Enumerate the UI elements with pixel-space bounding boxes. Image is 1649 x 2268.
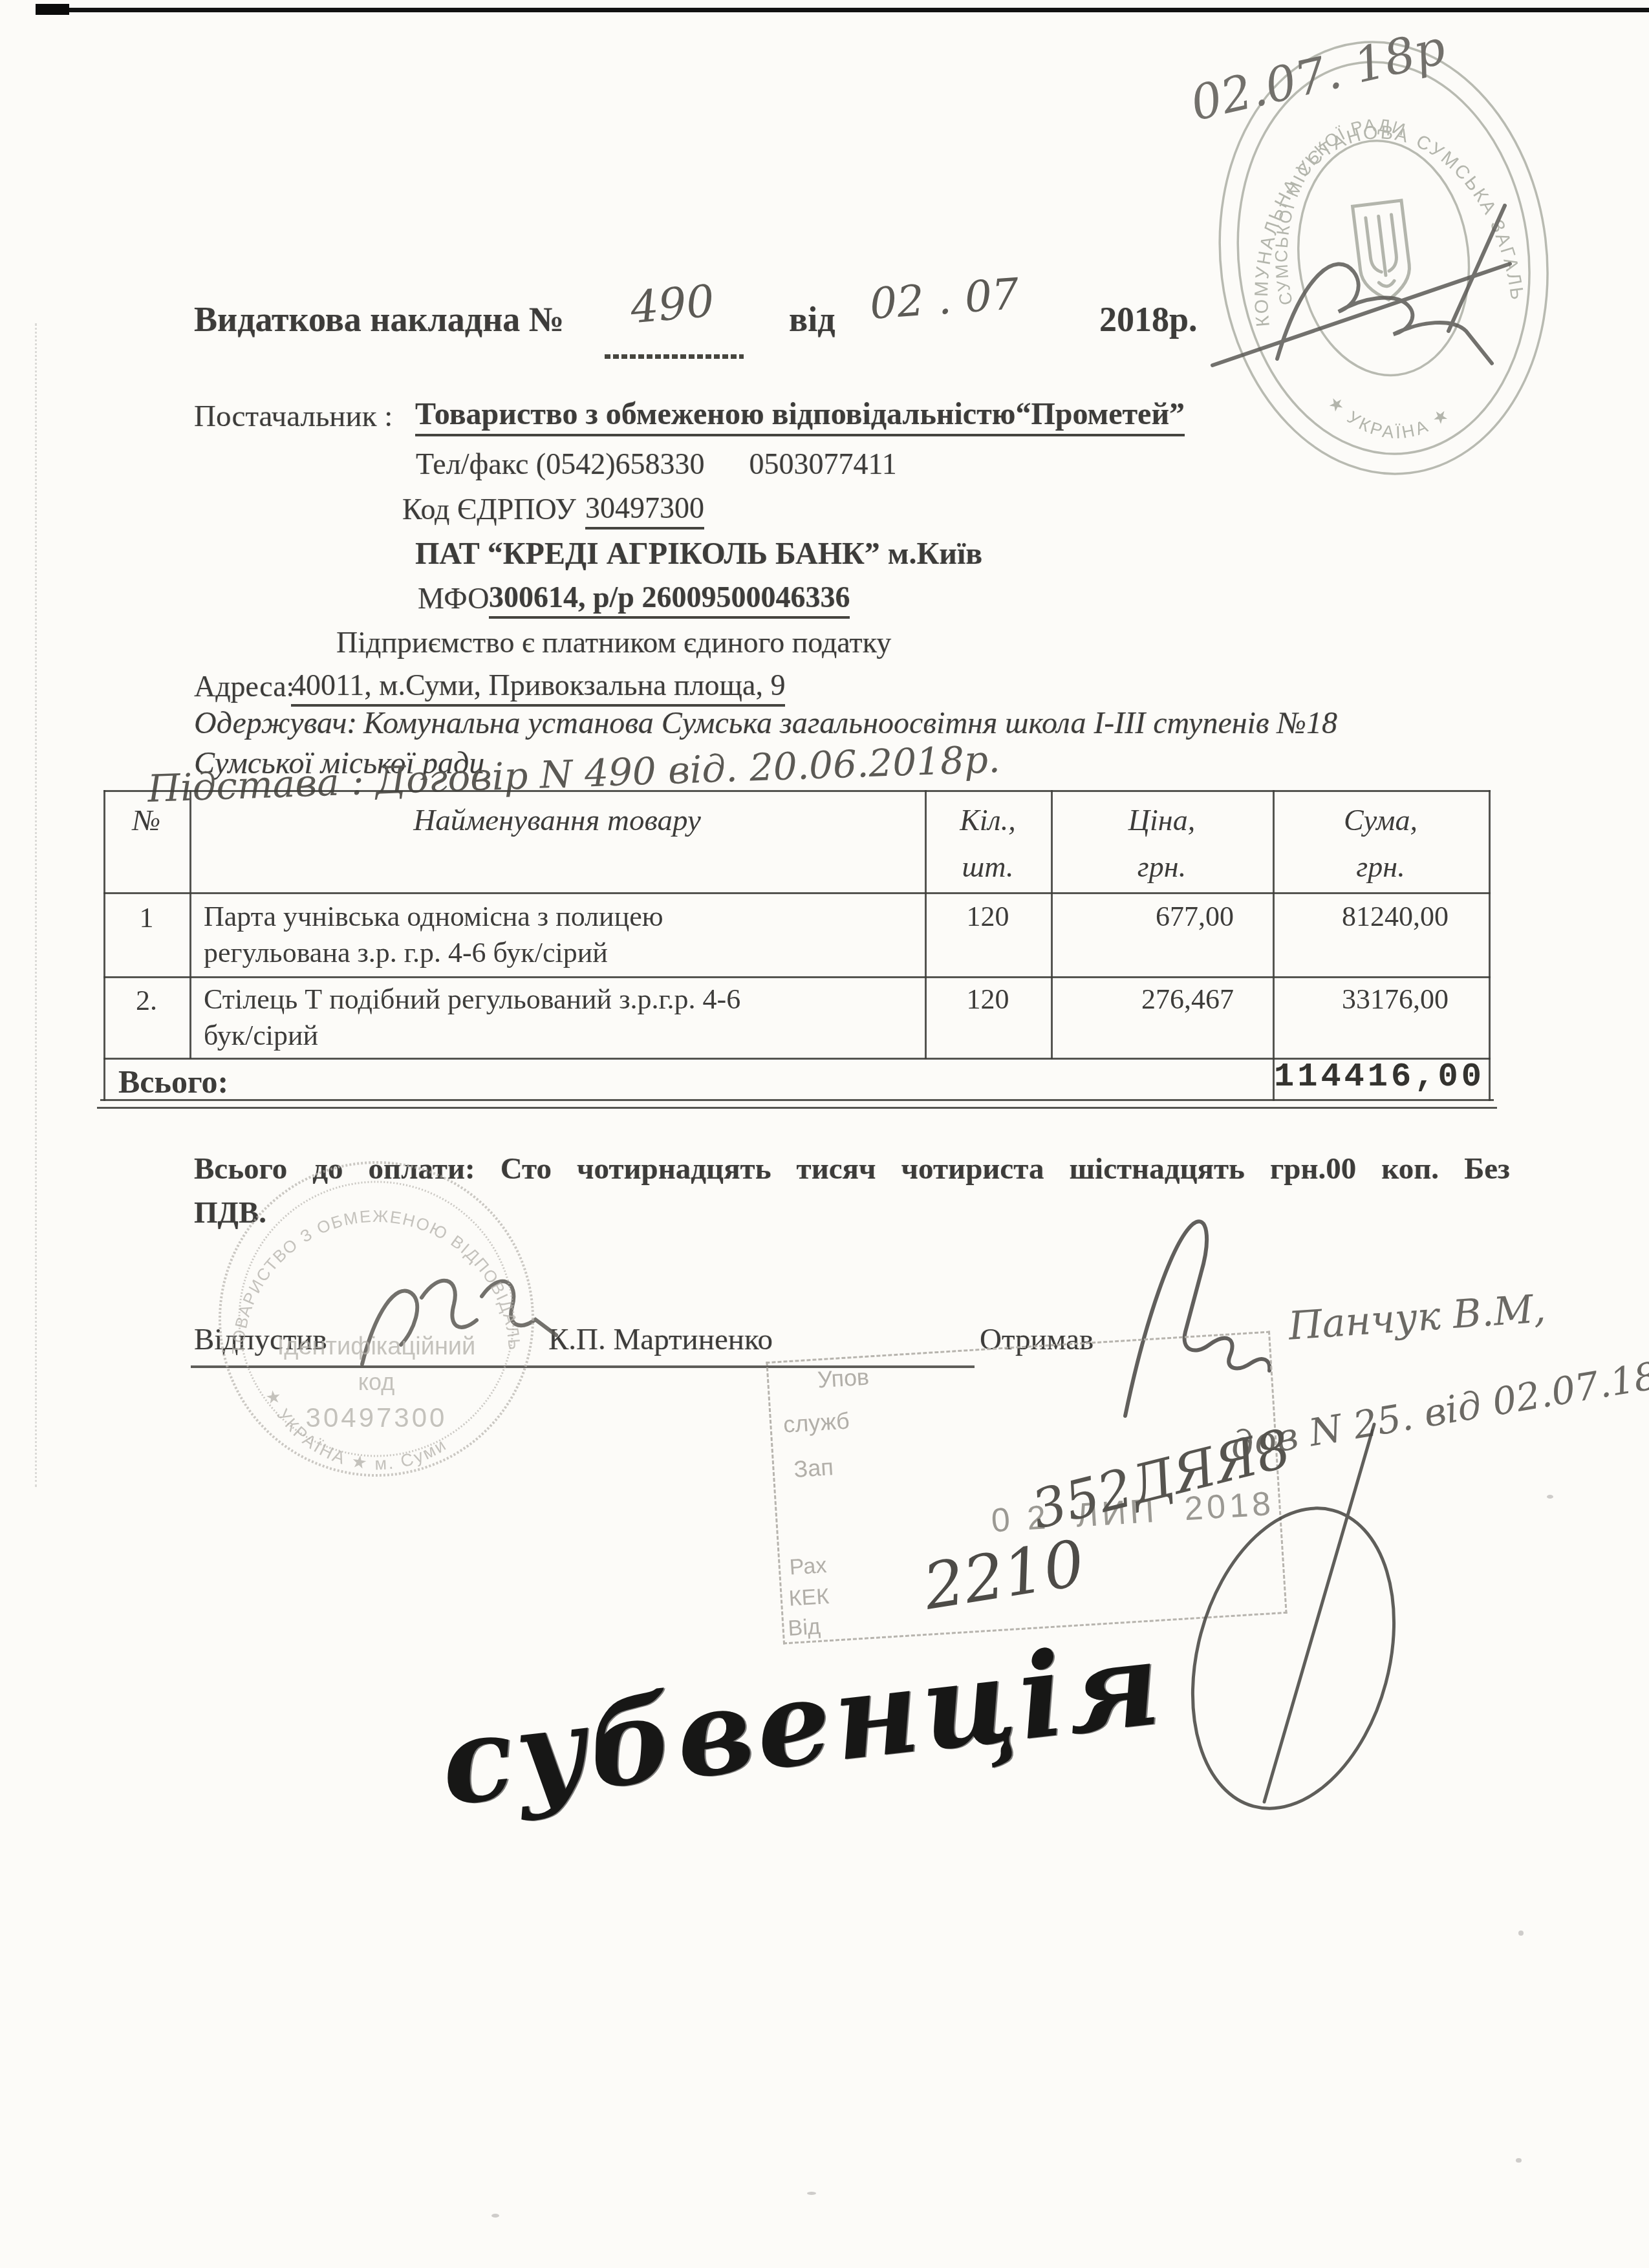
row2-sum: 33176,00	[1273, 984, 1449, 1015]
col-header-sum-2: грн.	[1273, 851, 1489, 883]
supplier-phone: Тел/факс (0542)658330 0503077411	[416, 449, 897, 480]
table-bottom-border2	[97, 1107, 1497, 1109]
row2-qty: 120	[925, 984, 1051, 1015]
registry-stamp-line6: Від	[788, 1616, 821, 1640]
registry-stamp-line2: служб	[782, 1409, 850, 1437]
scan-speck	[491, 2214, 499, 2218]
registry-stamp-line5: КЕК	[788, 1585, 830, 1610]
stamp-signature-icon	[1200, 194, 1562, 446]
receiver-line1: Комунальна установа Сумська загальноосві…	[363, 707, 1337, 740]
scan-speck	[807, 2192, 816, 2195]
col-header-name: Найменування товару	[189, 804, 925, 837]
receiver-label: Одержувач:	[194, 707, 357, 740]
col-header-price-2: грн.	[1051, 851, 1273, 883]
table-header-border	[103, 892, 1491, 894]
supplier-stamp-line1: Ідентифікаційний	[277, 1333, 476, 1360]
supplier-stamp-line2: код	[358, 1369, 394, 1395]
supplier-address-label: Адреса:	[194, 671, 302, 702]
doc-number-handwritten: 490	[629, 279, 716, 330]
table-top-border	[103, 790, 1491, 792]
supplier-round-stamp: ТОВАРИСТВО З ОБМЕЖЕНОЮ ВІДПОВІДАЛЬНІСТЮ …	[210, 1161, 540, 1484]
row1-qty: 120	[925, 901, 1051, 932]
registry-stamp-line4: Рах	[789, 1554, 827, 1578]
row1-price: 677,00	[1051, 901, 1234, 932]
row2-price: 276,467	[1051, 984, 1234, 1015]
circled-mark-icon	[1161, 1406, 1432, 1813]
supplier-mfo-label: МФО	[418, 583, 497, 614]
row2-num: 2.	[103, 985, 189, 1016]
supplier-mfo-value: 300614, р/р 26009500046336	[489, 582, 850, 619]
row2-name-line2: бук/сірий	[204, 1020, 318, 1051]
registry-stamp-line3: Зап	[793, 1455, 834, 1481]
total-value: 114416,00	[1274, 1059, 1474, 1095]
table-col-sum-border	[1273, 790, 1275, 1101]
doc-title: Видаткова накладна №	[194, 301, 564, 338]
scan-noise-column	[35, 323, 37, 1487]
row1-num: 1	[103, 903, 189, 934]
row1-name-line1: Парта учнівська одномісна з полицею	[204, 901, 663, 932]
supplier-address-value: 40011, м.Суми, Привокзальна площа, 9	[291, 670, 785, 707]
row2-name-line1: Стілець Т подібний регульований з.р.г.р.…	[204, 984, 740, 1015]
supplier-edrpou-value: 30497300	[585, 493, 704, 530]
col-header-num: №	[103, 804, 189, 837]
supplier-edrpou-label: Код ЄДРПОУ	[402, 494, 583, 525]
col-header-price-1: Ціна,	[1051, 804, 1273, 837]
scan-speck	[1547, 1495, 1553, 1499]
registry-stamp-line1: Упов	[817, 1365, 870, 1392]
table-left-border	[103, 790, 105, 1101]
total-label: Всього:	[118, 1064, 228, 1099]
svg-text:ТОВАРИСТВО З ОБМЕЖЕНОЮ ВІДПОВІ: ТОВАРИСТВО З ОБМЕЖЕНОЮ ВІДПОВІДАЛЬНІСТЮ	[201, 1145, 524, 1354]
doc-number-underline	[605, 354, 744, 359]
doc-title-from: від	[789, 301, 835, 338]
row1-sum: 81240,00	[1273, 901, 1449, 932]
table-bottom-border	[100, 1099, 1494, 1101]
table-right-border	[1489, 790, 1491, 1101]
big-note-handwritten: субвенція	[435, 1625, 1169, 1823]
col-header-sum-1: Сума,	[1273, 804, 1489, 837]
col-header-qty-2: шт.	[925, 851, 1051, 883]
supplier-stamp-outer-text: ТОВАРИСТВО З ОБМЕЖЕНОЮ ВІДПОВІДАЛЬНІСТЮ	[201, 1145, 524, 1354]
scan-edge-line	[36, 8, 1649, 12]
supplier-tax-note: Підприємство є платником єдиного податку	[336, 627, 891, 658]
supplier-name: Товариство з обмеженою відповідальністю“…	[415, 398, 1185, 436]
row1-name-line2: регульована з.р. г.р. 4-6 бук/сірий	[204, 937, 608, 968]
scan-speck	[1518, 1931, 1524, 1936]
table-row1-border	[103, 976, 1491, 978]
doc-date-handwritten: 02 . 07	[868, 273, 1020, 326]
supplier-bank: ПАТ “КРЕДІ АГРІКОЛЬ БАНК” м.Київ	[415, 538, 982, 570]
doc-title-year: 2018р.	[1099, 301, 1198, 338]
supplier-stamp-code: 30497300	[306, 1402, 447, 1433]
released-name: К.П. Мартиненко	[548, 1324, 773, 1356]
scan-edge-blob	[36, 4, 69, 15]
scanned-invoice-page: Видаткова накладна № 490 від 02 . 07 201…	[0, 0, 1649, 2268]
supplier-label: Постачальник :	[194, 401, 393, 433]
scan-speck	[1516, 2158, 1522, 2163]
col-header-qty-1: Кіл.,	[925, 804, 1051, 837]
